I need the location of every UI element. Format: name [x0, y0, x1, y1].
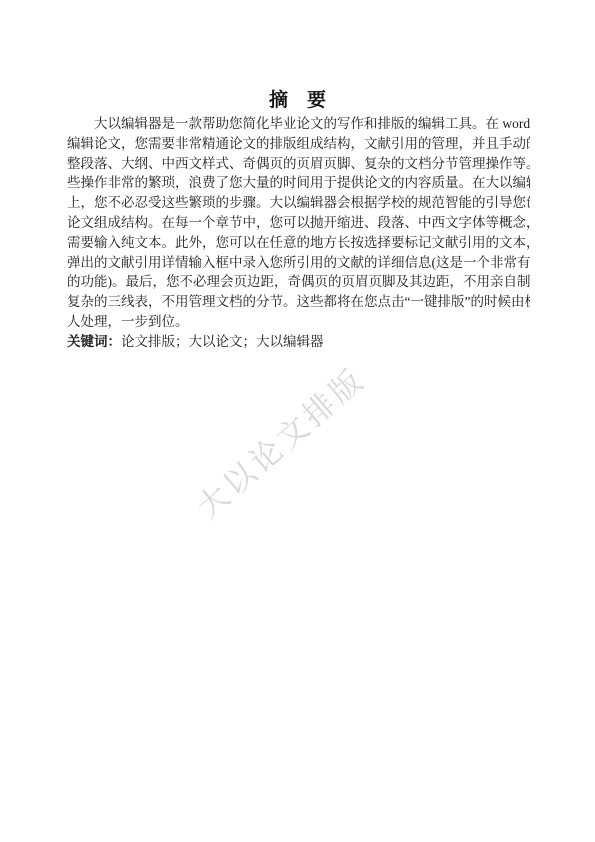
paragraph-line: 的功能)。最后，您不必理会页边距，奇偶页的页眉页脚及其边距，不用亲自制作	[67, 272, 530, 292]
paragraph-line: 整段落、大纲、中西文样式、奇偶页的页眉页脚、复杂的文档分节管理操作等。这	[67, 154, 530, 174]
abstract-content: 大以编辑器是一款帮助您简化毕业论文的写作和排版的编辑工具。在 word 上编辑论…	[67, 114, 530, 352]
keywords-value: 论文排版；大以论文；大以编辑器	[121, 334, 324, 349]
watermark-text: 大以论文排版	[185, 322, 411, 527]
abstract-title: 摘 要	[0, 88, 595, 114]
abstract-paragraph: 大以编辑器是一款帮助您简化毕业论文的写作和排版的编辑工具。在 word 上编辑论…	[67, 114, 530, 332]
paragraph-line: 编辑论文，您需要非常精通论文的排版组成结构，文献引用的管理，并且手动的调	[67, 134, 530, 154]
paragraph-line: 复杂的三线表，不用管理文档的分节。这些都将在您点击“一键排版”的时候由机器	[67, 292, 530, 312]
paragraph-line: 些操作非常的繁琐，浪费了您大量的时间用于提供论文的内容质量。在大以编辑器	[67, 173, 530, 193]
paragraph-line: 上，您不必忍受这些繁琐的步骤。大以编辑器会根据学校的规范智能的引导您创建	[67, 193, 530, 213]
paragraph-line: 弹出的文献引用详情输入框中录入您所引用的文献的详细信息(这是一个非常有用	[67, 253, 530, 273]
paragraph-line: 大以编辑器是一款帮助您简化毕业论文的写作和排版的编辑工具。在 word 上	[67, 114, 530, 134]
paragraph-line: 需要输入纯文本。此外，您可以在任意的地方长按选择要标记文献引用的文本，在	[67, 233, 530, 253]
document-page: 大以论文排版 摘 要 大以编辑器是一款帮助您简化毕业论文的写作和排版的编辑工具。…	[0, 0, 595, 842]
paragraph-line: 论文组成结构。在每一个章节中，您可以抛开缩进、段落、中西文字体等概念，只	[67, 213, 530, 233]
paragraph-line: 人处理，一步到位。	[67, 312, 530, 332]
keywords-label: 关键词：	[67, 334, 121, 349]
keywords-line: 关键词：论文排版；大以论文；大以编辑器	[67, 332, 530, 352]
